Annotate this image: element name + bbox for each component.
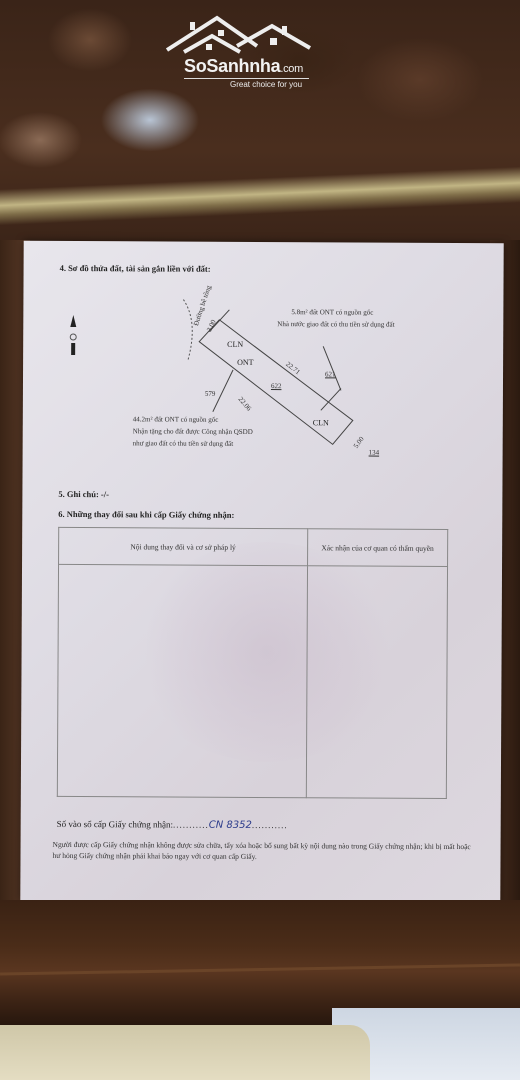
neighbor-parcel: 621: [325, 370, 336, 378]
logo-divider: [184, 78, 309, 79]
zone-label-ont: ONT: [237, 358, 254, 367]
neighbor-parcel: 622: [271, 382, 282, 390]
annotation-right-line-2: Nhà nước giao đất có thu tiền sử dụng đấ…: [277, 320, 394, 329]
column-header-authority-confirmation: Xác nhận của cơ quan có thẩm quyền: [307, 529, 447, 567]
zone-label-cln-top: CLN: [227, 340, 243, 349]
north-arrow-icon: [70, 315, 76, 355]
changes-table: Nội dung thay đổi và cơ sở pháp lý Xác n…: [57, 527, 448, 799]
footer-warning-note: Người được cấp Giấy chứng nhận không đượ…: [52, 839, 472, 863]
annotation-left-line-1: 44.2m² đất ONT có nguồn gốc: [133, 415, 219, 423]
watermark-logo: SoSanhnha.com Great choice for you: [162, 8, 312, 84]
zone-label-cln-bottom: CLN: [313, 418, 329, 427]
column-header-change-content: Nội dung thay đổi và cơ sở pháp lý: [59, 527, 308, 565]
neighbor-parcel: 134: [369, 449, 380, 457]
table-cell-empty: [57, 564, 307, 797]
cushion: [0, 1025, 370, 1080]
logo-domain: .com: [280, 63, 303, 75]
registry-number-handwritten: CN 8352: [209, 820, 252, 831]
section-5-notes: 5. Ghi chú: -/-: [58, 489, 109, 499]
annotation-left-line-2: Nhận tặng cho đất được Công nhận QSDD: [133, 427, 253, 436]
logo-brand: SoSanhnha: [184, 56, 280, 76]
registry-number-line: Số vào sổ cấp Giấy chứng nhận:..........…: [57, 819, 288, 831]
annotation-left-line-3: như giao đất có thu tiền sử dụng đất: [133, 439, 234, 448]
logo-tagline: Great choice for you: [230, 80, 302, 89]
land-certificate-page: 4. Sơ đồ thửa đất, tài sản gắn liền với …: [20, 241, 503, 904]
table-cell-empty: [306, 566, 447, 799]
registry-label: Số vào sổ cấp Giấy chứng nhận:: [57, 819, 173, 830]
neighbor-parcel: 579: [205, 390, 216, 398]
plot-map: [22, 241, 503, 484]
section-6-title: 6. Những thay đổi sau khi cấp Giấy chứng…: [58, 509, 234, 520]
annotation-right-line-1: 5.8m² đất ONT có nguồn gốc: [291, 308, 373, 316]
houses-roof-icon: [162, 8, 312, 58]
